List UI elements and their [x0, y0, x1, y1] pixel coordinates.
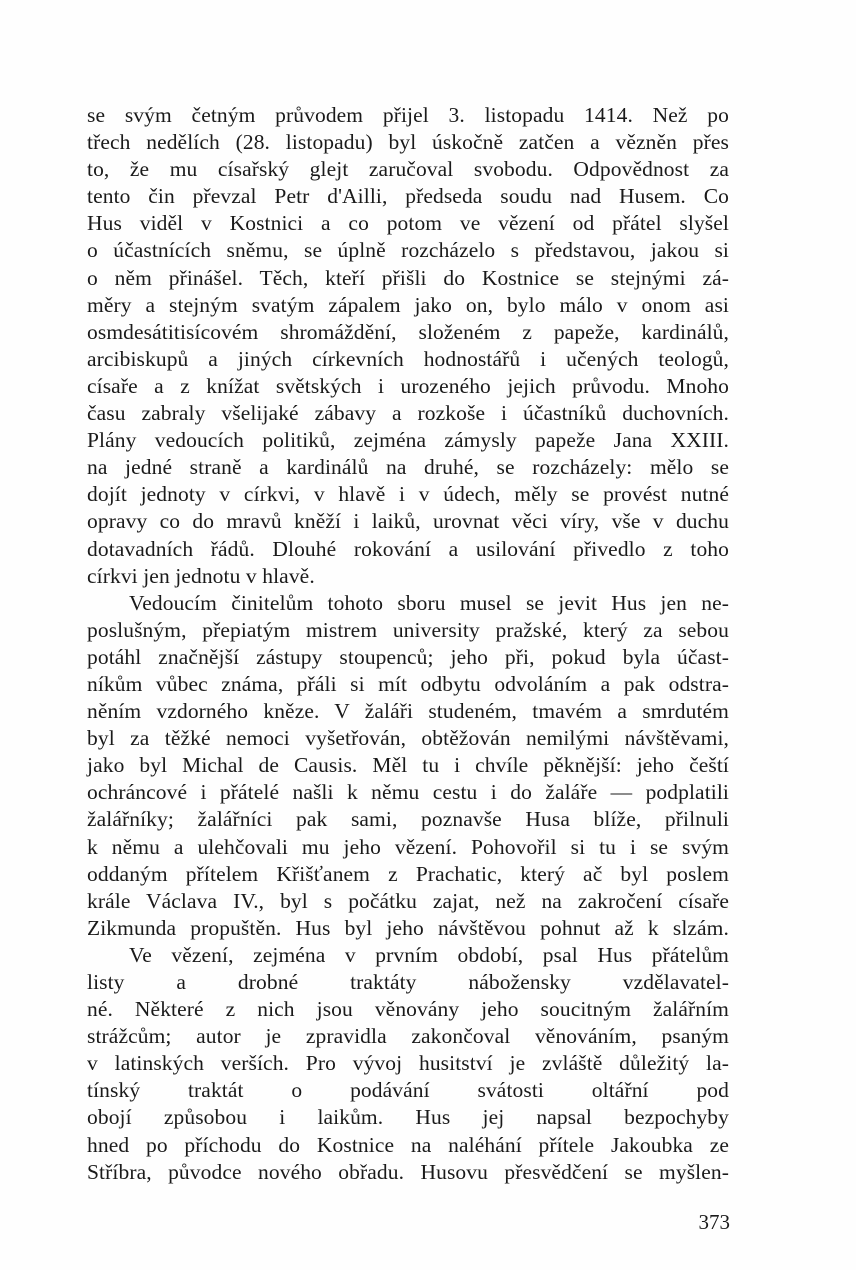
text-line: o účastnících sněmu, se úplně rozcházelo… [87, 237, 729, 264]
text-line: Plány vedoucích politiků, zejména zámysl… [87, 427, 729, 454]
text-line: k němu a ulehčovali mu jeho vězení. Poho… [87, 834, 729, 861]
text-line: poslušným, přepiatým mistrem university … [87, 617, 729, 644]
book-page: se svým četným průvodem přijel 3. listop… [0, 0, 856, 1270]
text-line: se svým četným průvodem přijel 3. listop… [87, 102, 729, 129]
text-line: né. Některé z nich jsou věnovány jeho so… [87, 996, 729, 1023]
text-line: tento čin převzal Petr d'Ailli, předseda… [87, 183, 729, 210]
body-text: se svým četným průvodem přijel 3. listop… [87, 102, 729, 1186]
text-line: o něm přinášel. Těch, kteří přišli do Ko… [87, 265, 729, 292]
text-line: tínský traktát o podávání svátosti oltář… [87, 1077, 729, 1104]
text-line: v latinských verších. Pro vývoj husitstv… [87, 1050, 729, 1077]
text-line: církvi jen jednotu v hlavě. [87, 563, 729, 590]
text-line: to, že mu císařský glejt zaručoval svobo… [87, 156, 729, 183]
text-line: na jedné straně a kardinálů na druhé, se… [87, 454, 729, 481]
page-number: 373 [696, 1210, 730, 1234]
text-line: dojít jednoty v církvi, v hlavě i v údec… [87, 481, 729, 508]
text-line: třech nedělích (28. listopadu) byl úskoč… [87, 129, 729, 156]
text-line: Ve vězení, zejména v prvním období, psal… [87, 942, 729, 969]
text-line: ochráncové i přátelé našli k němu cestu … [87, 779, 729, 806]
text-line: osmdesátitisícovém shromáždění, složeném… [87, 319, 729, 346]
text-line: krále Václava IV., byl s počátku zajat, … [87, 888, 729, 915]
text-line: strážcům; autor je zpravidla zakončoval … [87, 1023, 729, 1050]
text-line: Vedoucím činitelům tohoto sboru musel se… [87, 590, 729, 617]
text-line: císaře a z knížat světských i urozeného … [87, 373, 729, 400]
text-line: času zabraly všelijaké zábavy a rozkoše … [87, 400, 729, 427]
text-line: listy a drobné traktáty nábožensky vzděl… [87, 969, 729, 996]
text-line: potáhl značnější zástupy stoupenců; jeho… [87, 644, 729, 671]
text-line: dotavadních řádů. Dlouhé rokování a usil… [87, 536, 729, 563]
text-line: oddaným přítelem Křišťanem z Prachatic, … [87, 861, 729, 888]
text-line: Hus viděl v Kostnici a co potom ve vězen… [87, 210, 729, 237]
text-line: hned po příchodu do Kostnice na naléhání… [87, 1132, 729, 1159]
text-line: níkům vůbec známa, přáli si mít odbytu o… [87, 671, 729, 698]
text-line: žalářníky; žalářníci pak sami, poznavše … [87, 806, 729, 833]
text-line: opravy co do mravů kněží i laiků, urovna… [87, 508, 729, 535]
text-line: jako byl Michal de Causis. Měl tu i chví… [87, 752, 729, 779]
text-line: arcibiskupů a jiných církevních hodnostá… [87, 346, 729, 373]
text-line: Stříbra, původce nového obřadu. Husovu p… [87, 1159, 729, 1186]
text-line: Zikmunda propuštěn. Hus byl jeho návštěv… [87, 915, 729, 942]
text-line: něním vzdorného kněze. V žaláři studeném… [87, 698, 729, 725]
text-line: měry a stejným svatým zápalem jako on, b… [87, 292, 729, 319]
text-line: byl za těžké nemoci vyšetřován, obtěžová… [87, 725, 729, 752]
text-line: obojí způsobou i laikům. Hus jej napsal … [87, 1104, 729, 1131]
